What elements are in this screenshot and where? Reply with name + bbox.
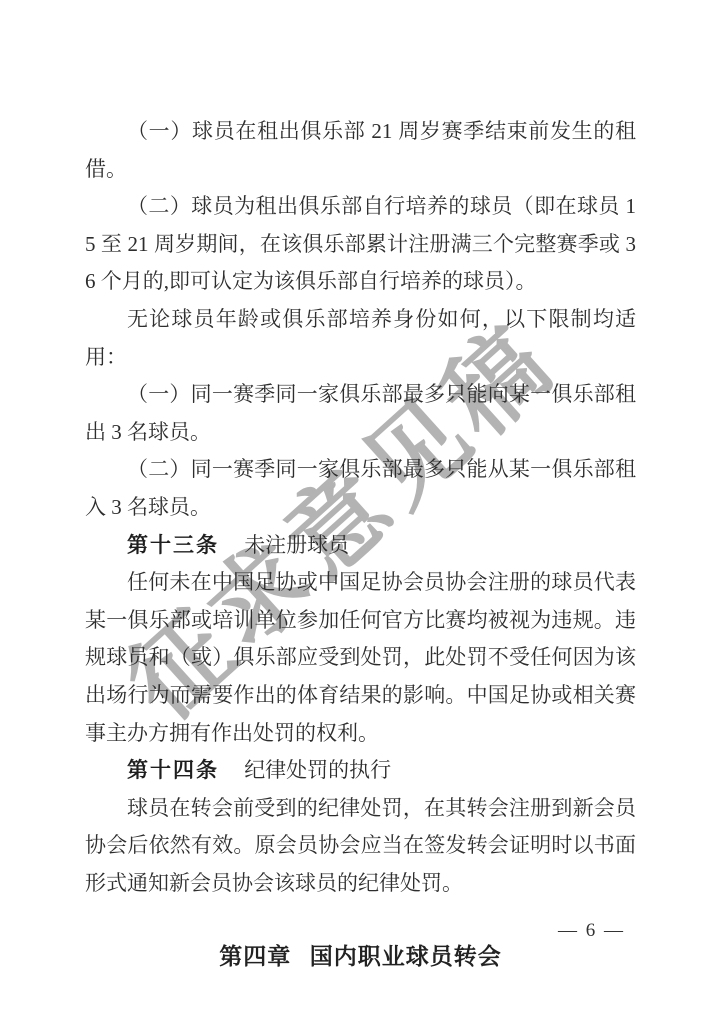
body-paragraph: 任何未在中国足协或中国足协会员协会注册的球员代表某一俱乐部或培训单位参加任何官方… (85, 564, 636, 752)
article-heading: 第十四条纪律处罚的执行 (85, 752, 636, 790)
chapter-number: 第四章 (219, 944, 291, 969)
chapter-heading: 第四章国内职业球员转会 (85, 937, 636, 977)
article-number: 第十三条 (127, 533, 219, 557)
body-paragraph: （一）同一赛季同一家俱乐部最多只能向某一俱乐部租出 3 名球员。 (85, 376, 636, 451)
body-paragraph: 球员在转会前受到的纪律处罚，在其转会注册到新会员协会后依然有效。原会员协会应当在… (85, 790, 636, 903)
body-paragraph: （二）球员为租出俱乐部自行培养的球员（即在球员 15 至 21 周岁期间，在该俱… (85, 188, 636, 301)
document-content: （一）球员在租出俱乐部 21 周岁赛季结束前发生的租借。 （二）球员为租出俱乐部… (85, 113, 636, 977)
article-title: 纪律处罚的执行 (244, 758, 391, 782)
body-paragraph: 无论球员年龄或俱乐部培养身份如何，以下限制均适用： (85, 301, 636, 376)
chapter-title: 国内职业球员转会 (310, 944, 502, 969)
document-page: 征求意见稿 （一）球员在租出俱乐部 21 周岁赛季结束前发生的租借。 （二）球员… (0, 0, 720, 1018)
body-paragraph: （二）同一赛季同一家俱乐部最多只能从某一俱乐部租入 3 名球员。 (85, 451, 636, 526)
article-title: 未注册球员 (244, 533, 349, 557)
article-number: 第十四条 (127, 758, 219, 782)
body-paragraph: （一）球员在租出俱乐部 21 周岁赛季结束前发生的租借。 (85, 113, 636, 188)
article-heading: 第十三条未注册球员 (85, 527, 636, 565)
page-number: — 6 — (558, 919, 625, 943)
